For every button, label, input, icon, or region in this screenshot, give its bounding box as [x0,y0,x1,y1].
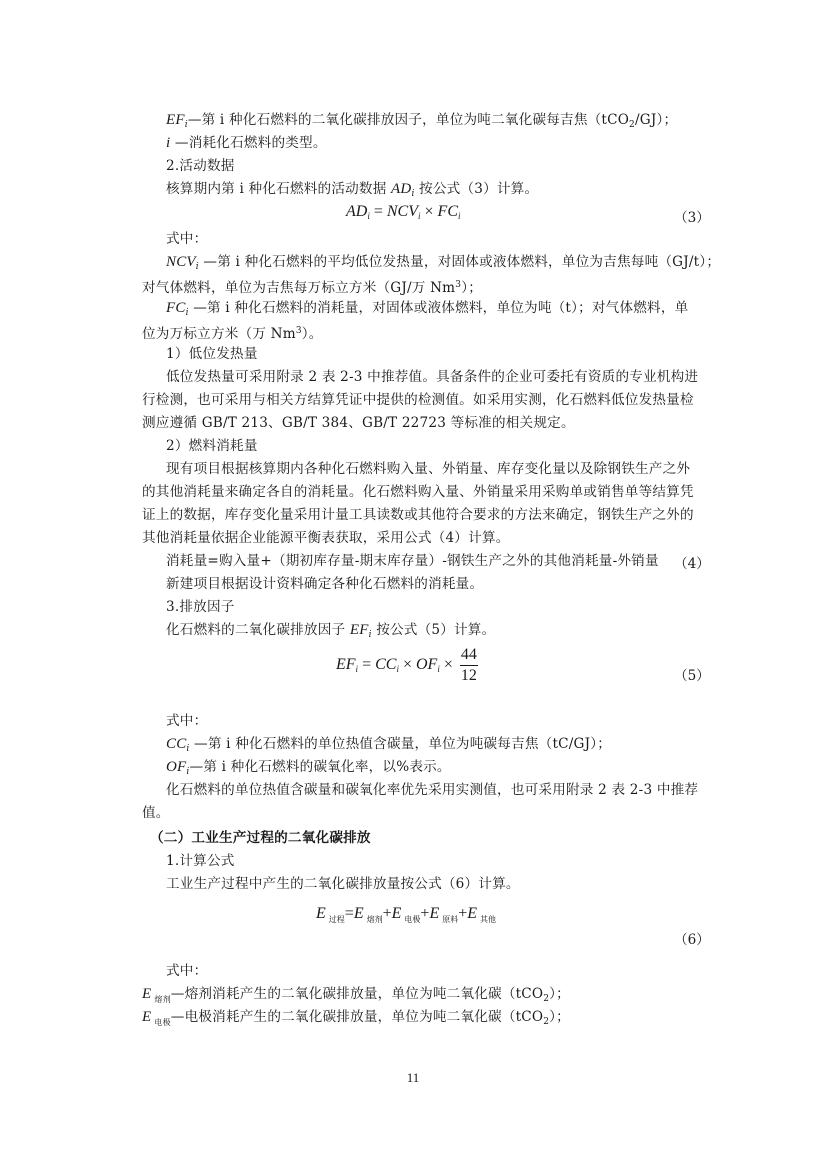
heading-emission-factor: 3.排放因子 [166,598,726,616]
cc-of-paragraph-line-1: 化石燃料的单位热值含碳量和碳氧化率优先采用实测值，也可采用附录 2 表 2-3 … [166,781,726,799]
subscript: 熔剂 [367,915,383,924]
where-label-3: 式中： [166,962,726,980]
equation-number-4: （4） [674,552,710,572]
fc-definition: FCi —第 i 种化石燃料的消耗量，对固体或液体燃料，单位为吨（t）；对气体燃… [166,299,726,322]
eq-term: E [467,905,477,922]
definition-tail: ）。 [302,326,323,342]
definition-text: —电极消耗产生的二氧化碳排放量，单位为吨二氧化碳（tCO [171,1009,543,1025]
section-heading-industrial-process: （二）工业生产过程的二氧化碳排放 [150,829,710,847]
heading-fuel-consumption: 2）燃料消耗量 [166,437,726,455]
process-intro: 工业生产过程中产生的二氧化碳排放量按公式（6）计算。 [166,875,726,893]
eq-term: FC [438,203,458,220]
equation-number-5: （5） [674,664,710,684]
eq-term: E [392,905,402,922]
subscript: 熔剂 [154,995,170,1004]
ncv-paragraph-line-2: 行检测，也可采用与相关方结算凭证中提供的检测值。如采用实测，化石燃料低位发热量检 [142,391,702,409]
subscript: 原料 [442,915,458,924]
page-number: 11 [0,1070,826,1086]
symbol-fc: FC [166,300,186,316]
symbol-e: E [142,986,151,1002]
definition-text: 位为万标立方米（万 Nm [142,326,296,342]
fuel-paragraph-line-4: 其他消耗量依据企业能源平衡表获取，采用公式（4）计算。 [142,529,702,547]
where-label-1: 式中： [166,230,726,248]
definition-text: —第 i 种化石燃料的二氧化碳排放因子，单位为吨二氧化碳每吉焦（tCO [188,112,629,128]
symbol-of: OF [166,759,186,775]
definition-text: —第 i 种化石燃料的平均低位发热量，对固体或液体燃料，单位为吉焦每吨（GJ/t… [199,254,720,270]
symbol-e: E [142,1009,151,1025]
eq-term: E [316,905,326,922]
subscript: 电极 [404,915,420,924]
fuel-paragraph-line-1: 现有项目根据核算期内各种化石燃料购入量、外销量、库存变化量以及除钢铁生产之外 [166,460,726,478]
fc-definition-cont: 位为万标立方米（万 Nm3）。 [142,322,702,343]
ncv-definition: NCVi —第 i 种化石燃料的平均低位发热量，对固体或液体燃料，单位为吉焦每吨… [166,253,726,276]
document-page: EFi—第 i 种化石燃料的二氧化碳排放因子，单位为吨二氧化碳每吉焦（tCO2/… [0,0,826,1169]
definition-tail: ）； [549,986,570,1002]
heading-activity-data: 2.活动数据 [166,157,726,175]
where-label-2: 式中： [166,712,726,730]
eq-term: NCV [387,203,418,220]
eq-operator: × [421,203,438,220]
definition-text: —熔剂消耗产生的二氧化碳排放量，单位为吨二氧化碳（tCO [171,986,543,1002]
ad-intro: 核算期内第 i 种化石燃料的活动数据 ADi 按公式（3）计算。 [166,180,726,203]
eq-term: E [354,905,364,922]
fraction-44-12: 4412 [460,645,478,686]
ncv-paragraph-line-1: 低位发热量可采用附录 2 表 2-3 中推荐值。具备条件的企业可委托有资质的专业… [166,368,726,386]
cc-of-paragraph-line-2: 值。 [142,804,702,822]
fuel-paragraph-line-2: 的其他消耗量来确定各自的消耗量。化石燃料购入量、外销量采用采购单或销售单等结算凭 [142,483,702,501]
equation-6: E过程=E熔剂+E电极+E原料+E其他 [316,905,496,925]
electrode-definition: E电极—电极消耗产生的二氧化碳排放量，单位为吨二氧化碳（tCO2）； [142,1008,702,1032]
definition-text: —消耗化石燃料的类型。 [170,135,326,151]
eq-operator: = [370,203,387,220]
equation-3: ADi = NCVi × FCi [346,203,461,221]
heading-calculation-formula: 1.计算公式 [166,852,726,870]
definition-tail: ）； [549,1009,570,1025]
symbol-ef: EF [350,622,369,638]
of-definition: OFi—第 i 种化石燃料的碳氧化率，以%表示。 [166,758,726,781]
flux-definition: E熔剂—熔剂消耗产生的二氧化碳排放量，单位为吨二氧化碳（tCO2）； [142,985,702,1009]
equation-5: EFi = CCi × OFi × 4412 [336,645,478,686]
cc-definition: CCi —第 i 种化石燃料的单位热值含碳量，单位为吨碳每吉焦（tC/GJ）； [166,735,726,758]
subscript: i [458,211,461,221]
text: 按公式（5）计算。 [372,622,496,638]
text: 按公式（3）计算。 [415,181,539,197]
eq-term: OF [416,656,437,673]
ncv-paragraph-line-3: 测应遵循 GB/T 213、GB/T 384、GB/T 22723 等标准的相关… [142,414,702,432]
text: 核算期内第 i 种化石燃料的活动数据 [166,181,391,197]
symbol-ncv: NCV [166,254,196,270]
definition-text: 对气体燃料，单位为吉焦每万标立方米（GJ/万 Nm [142,280,455,296]
ef-definition: EFi—第 i 种化石燃料的二氧化碳排放因子，单位为吨二氧化碳每吉焦（tCO2/… [166,111,726,134]
symbol-ad: AD [391,181,411,197]
fuel-paragraph-line-3: 证上的数据，库存变化量采用计量工具读数或其他符合要求的方法来确定，钢铁生产之外的 [142,506,702,524]
equation-number-3: （3） [674,206,710,226]
eq-term: CC [375,656,396,673]
numerator: 44 [460,645,478,666]
eq-operator: + [458,905,467,922]
i-definition: i —消耗化石燃料的类型。 [166,134,726,152]
symbol-cc: CC [166,736,186,752]
eq-operator: = [358,656,375,673]
eq-operator: + [383,905,392,922]
definition-text: —第 i 种化石燃料的单位热值含碳量，单位为吨碳每吉焦（tC/GJ）； [190,736,612,752]
eq-term: E [429,905,439,922]
new-project-text: 新建项目根据设计资料确定各种化石燃料的消耗量。 [166,575,726,593]
definition-tail: ）； [461,280,482,296]
equation-4: 消耗量=购入量+（期初库存量-期末库存量）-钢铁生产之外的其他消耗量-外销量 [166,552,726,570]
definition-text: —第 i 种化石燃料的碳氧化率，以%表示。 [190,759,451,775]
ncv-definition-cont: 对气体燃料，单位为吉焦每万标立方米（GJ/万 Nm3）； [142,276,702,297]
eq-operator: = [345,905,354,922]
subscript: 其他 [480,915,496,924]
eq-operator: × [399,656,416,673]
subscript: 电极 [154,1018,170,1027]
definition-text: —第 i 种化石燃料的消耗量，对固体或液体燃料，单位为吨（t）；对气体燃料，单 [189,300,689,316]
text: 化石燃料的二氧化碳排放因子 [166,622,350,638]
symbol-ef: EF [166,112,185,128]
heading-ncv: 1）低位发热量 [166,345,726,363]
eq-operator: × [440,656,457,673]
equation-number-6: （6） [674,928,710,948]
eq-term: EF [336,656,356,673]
definition-tail: /GJ）； [635,112,677,128]
eq-term: AD [346,203,367,220]
subscript: 过程 [329,915,345,924]
denominator: 12 [460,666,478,686]
ef-intro: 化石燃料的二氧化碳排放因子 EFi 按公式（5）计算。 [166,621,726,644]
